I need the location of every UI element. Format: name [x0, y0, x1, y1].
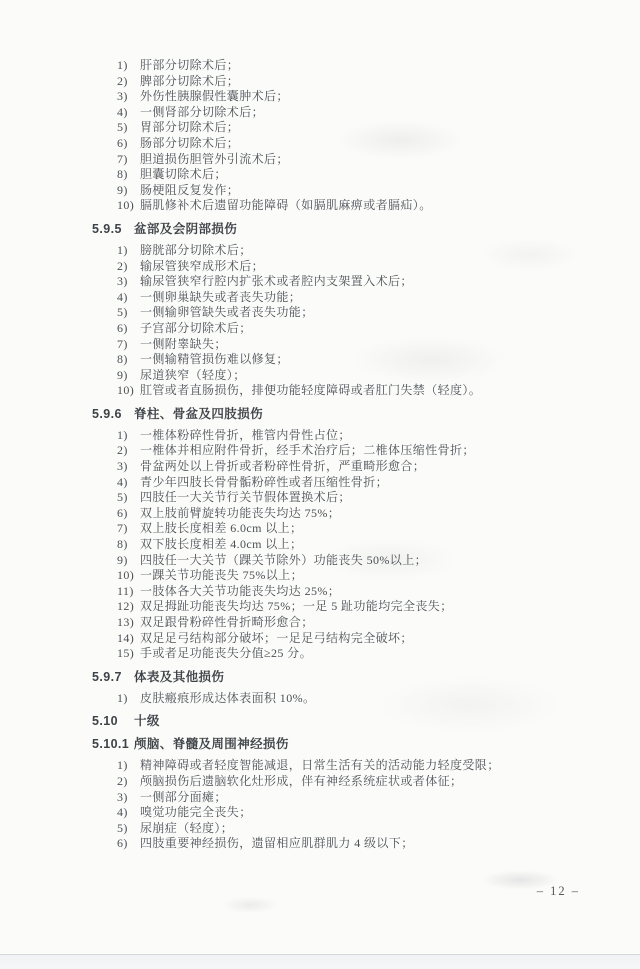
list-item: 1)精神障碍或者轻度智能减退，日常生活有关的活动能力轻度受限；	[92, 758, 604, 774]
item-text: 外伤性胰腺假性囊肿术后；	[140, 89, 289, 103]
section-heading: 5.10十级	[92, 713, 604, 729]
list-item: 7)双上肢长度相差 6.0cm 以上；	[92, 521, 604, 537]
list-item: 7)一侧附睾缺失；	[92, 337, 604, 353]
item-number: 9)	[117, 553, 140, 569]
list-item: 9)四肢任一大关节（踝关节除外）功能丧失 50%以上；	[92, 553, 604, 569]
item-text: 精神障碍或者轻度智能减退，日常生活有关的活动能力轻度受限；	[140, 758, 500, 772]
item-text: 尿崩症（轻度）；	[140, 821, 233, 835]
list-item: 5)四肢任一大关节行关节假体置换术后；	[92, 490, 604, 506]
item-text: 一侧肾部分切除术后；	[140, 105, 264, 119]
list-item: 3)输尿管狭窄行腔内扩张术或者腔内支架置入术后；	[92, 274, 604, 290]
list-item: 13)双足跟骨粉碎性骨折畸形愈合；	[92, 615, 604, 631]
list-item: 5)一侧输卵管缺失或者丧失功能；	[92, 305, 604, 321]
list-item: 14)双足足弓结构部分破坏；一足足弓结构完全破坏；	[92, 631, 604, 647]
item-list: 1)肝部分切除术后；2)脾部分切除术后；3)外伤性胰腺假性囊肿术后；4)一侧肾部…	[92, 58, 604, 214]
item-text: 一椎体粉碎性骨折，椎管内骨性占位；	[140, 428, 351, 442]
section-heading: 5.9.7体表及其他损伤	[92, 669, 604, 685]
item-number: 3)	[117, 459, 140, 475]
item-number: 2)	[117, 74, 140, 90]
item-text: 肝部分切除术后；	[140, 58, 239, 72]
item-text: 输尿管狭窄成形术后；	[140, 259, 264, 273]
list-item: 2)输尿管狭窄成形术后；	[92, 259, 604, 275]
item-number: 6)	[117, 136, 140, 152]
list-item: 1)一椎体粉碎性骨折，椎管内骨性占位；	[92, 428, 604, 444]
item-number: 12)	[117, 599, 140, 615]
list-item: 5)胃部分切除术后；	[92, 120, 604, 136]
list-item: 2)一椎体并相应附件骨折，经手术治疗后；二椎体压缩性骨折；	[92, 443, 604, 459]
item-number: 9)	[117, 368, 140, 384]
list-item: 4)青少年四肢长骨骨骺粉碎性或者压缩性骨折；	[92, 475, 604, 491]
item-text: 一侧附睾缺失；	[140, 337, 227, 351]
list-item: 9)肠梗阻反复发作；	[92, 183, 604, 199]
item-text: 子宫部分切除术后；	[140, 321, 252, 335]
list-item: 15)手或者足功能丧失分值≥25 分。	[92, 646, 604, 662]
item-number: 7)	[117, 337, 140, 353]
document-page: 1)肝部分切除术后；2)脾部分切除术后；3)外伤性胰腺假性囊肿术后；4)一侧肾部…	[0, 0, 640, 969]
item-text: 一肢体各大关节功能丧失均达 25%；	[140, 584, 340, 598]
item-text: 肠梗阻反复发作；	[140, 183, 239, 197]
item-number: 1)	[117, 243, 140, 259]
item-number: 4)	[117, 805, 140, 821]
section-number: 5.9.7	[92, 669, 134, 685]
list-item: 1)皮肤瘢痕形成达体表面积 10%。	[92, 691, 604, 707]
item-text: 一椎体并相应附件骨折，经手术治疗后；二椎体压缩性骨折；	[140, 443, 475, 457]
item-text: 双足拇趾功能丧失均达 75%；一足 5 趾功能均完全丧失；	[140, 599, 453, 613]
list-item: 8)一侧输精管损伤难以修复；	[92, 352, 604, 368]
list-item: 6)四肢重要神经损伤，遗留相应肌群肌力 4 级以下；	[92, 836, 604, 852]
item-number: 8)	[117, 537, 140, 553]
item-number: 3)	[117, 274, 140, 290]
item-number: 10)	[117, 568, 140, 584]
item-text: 皮肤瘢痕形成达体表面积 10%。	[140, 691, 315, 705]
section-number: 5.10.1	[92, 736, 134, 752]
section-number: 5.9.5	[92, 221, 134, 237]
list-item: 3)骨盆两处以上骨折或者粉碎性骨折，严重畸形愈合；	[92, 459, 604, 475]
item-text: 尿道狭窄（轻度）；	[140, 368, 246, 382]
item-list: 1)精神障碍或者轻度智能减退，日常生活有关的活动能力轻度受限；2)颅脑损伤后遗脑…	[92, 758, 604, 852]
item-number: 4)	[117, 105, 140, 121]
list-item: 4)一侧肾部分切除术后；	[92, 105, 604, 121]
item-number: 11)	[117, 584, 140, 600]
list-item: 1)膀胱部分切除术后；	[92, 243, 604, 259]
section-number: 5.10	[92, 713, 134, 729]
list-item: 1)肝部分切除术后；	[92, 58, 604, 74]
section-heading: 5.9.6脊柱、骨盆及四肢损伤	[92, 406, 604, 422]
list-item: 7)胆道损伤胆管外引流术后；	[92, 152, 604, 168]
list-item: 10)膈肌修补术后遗留功能障碍（如膈肌麻痹或者膈疝）。	[92, 198, 604, 214]
item-number: 3)	[117, 89, 140, 105]
item-text: 胃部分切除术后；	[140, 120, 239, 134]
item-text: 骨盆两处以上骨折或者粉碎性骨折，严重畸形愈合；	[140, 459, 425, 473]
list-item: 11)一肢体各大关节功能丧失均达 25%；	[92, 584, 604, 600]
item-text: 膈肌修补术后遗留功能障碍（如膈肌麻痹或者膈疝）。	[140, 198, 432, 212]
list-item: 6)肠部分切除术后；	[92, 136, 604, 152]
item-text: 四肢任一大关节（踝关节除外）功能丧失 50%以上；	[140, 553, 427, 567]
item-text: 四肢重要神经损伤，遗留相应肌群肌力 4 级以下；	[140, 836, 414, 850]
item-text: 一侧卵巢缺失或者丧失功能；	[140, 290, 301, 304]
section-number: 5.9.6	[92, 406, 134, 422]
item-number: 7)	[117, 521, 140, 537]
list-item: 6)双上肢前臂旋转功能丧失均达 75%；	[92, 506, 604, 522]
item-number: 6)	[117, 506, 140, 522]
item-text: 青少年四肢长骨骨骺粉碎性或者压缩性骨折；	[140, 475, 388, 489]
item-number: 8)	[117, 167, 140, 183]
list-item: 10)肛管或者直肠损伤，排便功能轻度障碍或者肛门失禁（轻度）。	[92, 383, 604, 399]
list-item: 8)胆囊切除术后；	[92, 167, 604, 183]
section-title: 颅脑、脊髓及周围神经损伤	[134, 737, 289, 751]
item-number: 10)	[117, 383, 140, 399]
item-number: 2)	[117, 443, 140, 459]
item-text: 双上肢前臂旋转功能丧失均达 75%；	[140, 506, 340, 520]
item-number: 10)	[117, 198, 140, 214]
item-text: 双上肢长度相差 6.0cm 以上；	[140, 521, 302, 535]
item-number: 3)	[117, 790, 140, 806]
item-text: 膀胱部分切除术后；	[140, 243, 252, 257]
item-text: 手或者足功能丧失分值≥25 分。	[140, 646, 312, 660]
item-text: 双下肢长度相差 4.0cm 以上；	[140, 537, 302, 551]
item-number: 2)	[117, 774, 140, 790]
item-text: 肛管或者直肠损伤，排便功能轻度障碍或者肛门失禁（轻度）。	[140, 383, 481, 397]
item-text: 一侧部分面瘫；	[140, 790, 227, 804]
item-number: 7)	[117, 152, 140, 168]
list-item: 2)颅脑损伤后遗脑软化灶形成，伴有神经系统症状或者体征；	[92, 774, 604, 790]
item-text: 胆囊切除术后；	[140, 167, 227, 181]
list-item: 2)脾部分切除术后；	[92, 74, 604, 90]
list-item: 6)子宫部分切除术后；	[92, 321, 604, 337]
list-item: 3)一侧部分面瘫；	[92, 790, 604, 806]
list-item: 4)一侧卵巢缺失或者丧失功能；	[92, 290, 604, 306]
list-item: 3)外伤性胰腺假性囊肿术后；	[92, 89, 604, 105]
item-number: 1)	[117, 758, 140, 774]
item-number: 9)	[117, 183, 140, 199]
item-number: 4)	[117, 475, 140, 491]
item-number: 1)	[117, 691, 140, 707]
item-number: 4)	[117, 290, 140, 306]
list-item: 5)尿崩症（轻度）；	[92, 821, 604, 837]
item-number: 5)	[117, 305, 140, 321]
item-number: 1)	[117, 58, 140, 74]
section-heading: 5.9.5盆部及会阴部损伤	[92, 221, 604, 237]
list-item: 8)双下肢长度相差 4.0cm 以上；	[92, 537, 604, 553]
item-text: 胆道损伤胆管外引流术后；	[140, 152, 289, 166]
list-item: 10)一踝关节功能丧失 75%以上；	[92, 568, 604, 584]
item-text: 嗅觉功能完全丧失；	[140, 805, 252, 819]
item-number: 6)	[117, 836, 140, 852]
item-list: 1)膀胱部分切除术后；2)输尿管狭窄成形术后；3)输尿管狭窄行腔内扩张术或者腔内…	[92, 243, 604, 399]
item-list: 1)一椎体粉碎性骨折，椎管内骨性占位；2)一椎体并相应附件骨折，经手术治疗后；二…	[92, 428, 604, 662]
item-number: 6)	[117, 321, 140, 337]
page-content: 1)肝部分切除术后；2)脾部分切除术后；3)外伤性胰腺假性囊肿术后；4)一侧肾部…	[92, 58, 604, 852]
item-text: 一侧输卵管缺失或者丧失功能；	[140, 305, 314, 319]
item-text: 一踝关节功能丧失 75%以上；	[140, 568, 303, 582]
item-number: 14)	[117, 631, 140, 647]
item-number: 5)	[117, 490, 140, 506]
section-heading: 5.10.1颅脑、脊髓及周围神经损伤	[92, 736, 604, 752]
page-bottom-edge	[0, 954, 640, 969]
item-list: 1)皮肤瘢痕形成达体表面积 10%。	[92, 691, 604, 707]
item-text: 输尿管狭窄行腔内扩张术或者腔内支架置入术后；	[140, 274, 413, 288]
item-number: 2)	[117, 259, 140, 275]
page-number: – 12 –	[537, 884, 580, 899]
section-title: 十级	[134, 714, 160, 728]
section-title: 脊柱、骨盆及四肢损伤	[134, 407, 263, 421]
list-item: 4)嗅觉功能完全丧失；	[92, 805, 604, 821]
section-title: 盆部及会阴部损伤	[134, 222, 237, 236]
item-text: 颅脑损伤后遗脑软化灶形成，伴有神经系统症状或者体征；	[140, 774, 462, 788]
section-title: 体表及其他损伤	[134, 670, 224, 684]
list-item: 12)双足拇趾功能丧失均达 75%；一足 5 趾功能均完全丧失；	[92, 599, 604, 615]
item-number: 8)	[117, 352, 140, 368]
item-text: 双足足弓结构部分破坏；一足足弓结构完全破坏；	[140, 631, 413, 645]
item-text: 一侧输精管损伤难以修复；	[140, 352, 289, 366]
item-number: 5)	[117, 821, 140, 837]
item-number: 5)	[117, 120, 140, 136]
item-number: 13)	[117, 615, 140, 631]
item-text: 脾部分切除术后；	[140, 74, 239, 88]
item-number: 1)	[117, 428, 140, 444]
list-item: 9)尿道狭窄（轻度）；	[92, 368, 604, 384]
item-number: 15)	[117, 646, 140, 662]
item-text: 双足跟骨粉碎性骨折畸形愈合；	[140, 615, 314, 629]
item-text: 肠部分切除术后；	[140, 136, 239, 150]
item-text: 四肢任一大关节行关节假体置换术后；	[140, 490, 351, 504]
